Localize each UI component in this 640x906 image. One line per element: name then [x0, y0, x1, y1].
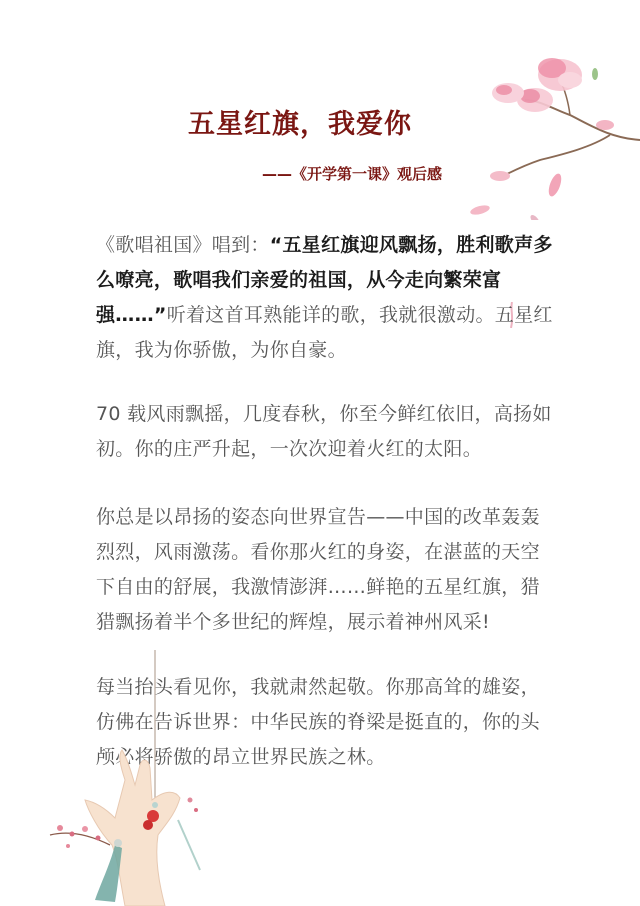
paragraph-1-lead: 《歌唱祖国》唱到：	[96, 234, 270, 256]
paragraph-3: 你总是以昂扬的姿态向世界宣告——中国的改革轰轰烈烈，风雨激荡。看你那火红的身姿，…	[96, 500, 556, 640]
paragraph-2: 70 载风雨飘摇，几度春秋，你至今鲜红依旧，高扬如初。你的庄严升起，一次次迎着火…	[96, 397, 556, 467]
hand-tassel-illustration-icon	[40, 650, 240, 906]
paragraph-1: 《歌唱祖国》唱到：“五星红旗迎风飘扬，胜利歌声多么嘹亮，歌唱我们亲爱的祖国，从今…	[96, 228, 556, 368]
document-page: 五星红旗，我爱你 ——《开学第一课》观后感 《歌唱祖国》唱到：“五星红旗迎风飘扬…	[0, 0, 640, 906]
document-title: 五星红旗，我爱你	[0, 102, 600, 141]
document-subtitle: ——《开学第一课》观后感	[262, 163, 442, 184]
